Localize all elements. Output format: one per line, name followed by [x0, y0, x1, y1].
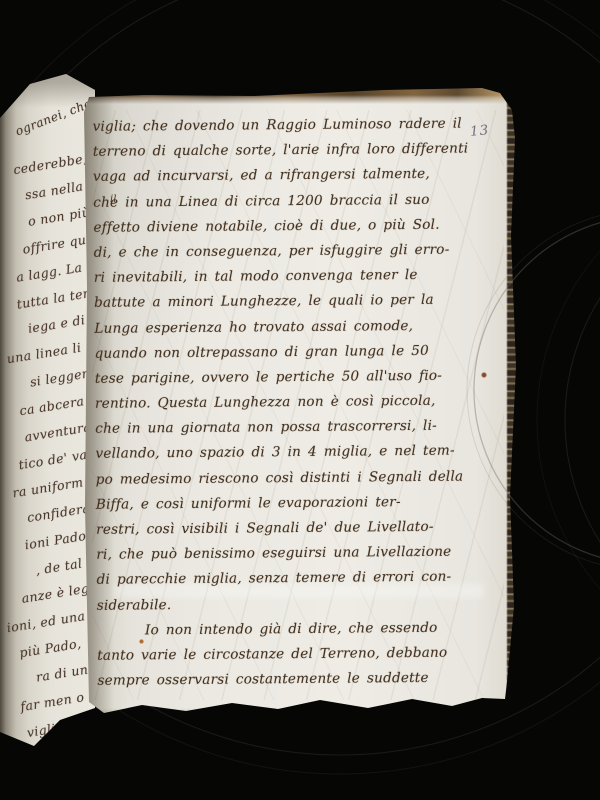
text-line: Io non intendo già di dire, che essendo: [97, 615, 503, 644]
foxing-spot: [481, 372, 487, 378]
text-line: che in una Linea di circa 1200 braccia i…: [93, 187, 499, 216]
edge-fragment: ogranei, che: [0, 96, 94, 158]
text-line: rentino. Questa Lunghezza non è così pic…: [95, 388, 501, 417]
foxing-spot: [139, 639, 144, 644]
text-line: che in una giornata non possa trascorrer…: [95, 413, 501, 442]
text-line: Lunga esperienza ho trovato assai comode…: [94, 313, 500, 342]
text-line: di parecchie miglia, senza temere di err…: [96, 565, 502, 594]
left-page-edge: ogranei, checederebbe,ssa nellao non più…: [0, 68, 95, 760]
book-page: viglia; che dovendo un Raggio Luminoso r…: [84, 86, 518, 720]
text-line: terreno di qualche sorte, l'arie infra l…: [93, 136, 499, 165]
text-line: battute a minori Lunghezze, le quali io …: [94, 288, 500, 317]
edge-fragment: far men o: [0, 688, 92, 724]
text-line: po medesimo riescono così distinti i Seg…: [96, 464, 502, 493]
fore-edge: [507, 102, 518, 710]
text-line: restri, così visibili i Segnali de' due …: [96, 514, 502, 543]
text-line: sempre osservarsi costantemente le sudde…: [97, 665, 503, 694]
text-line: di, e che in conseguenza, per isfuggire …: [94, 237, 500, 266]
page-number: 13: [469, 122, 490, 140]
manuscript-text: viglia; che dovendo un Raggio Luminoso r…: [92, 111, 503, 694]
text-line: tanto varie le circostanze del Terreno, …: [97, 640, 503, 669]
text-line: Biffa, e così uniformi le evaporazioni t…: [96, 489, 502, 518]
text-line: tese parigine, ovvero le pertiche 50 all…: [95, 363, 501, 392]
text-line: siderabile.: [97, 590, 503, 619]
text-line: vaga ad incurvarsi, ed a rifrangersi tal…: [93, 162, 499, 191]
text-line: vellando, uno spazio di 3 in 4 miglia, e…: [95, 439, 501, 468]
edge-fragment: viglia: [0, 715, 92, 751]
text-line: viglia; che dovendo un Raggio Luminoso r…: [92, 111, 498, 140]
insertion-word: il: [110, 194, 116, 205]
text-line: ri inevitabili, in tal modo convenga ten…: [94, 262, 500, 291]
text-line: quando non oltrepassano di gran lunga le…: [94, 338, 500, 367]
text-line: effetto diviene notabile, cioè di due, o…: [93, 212, 499, 241]
text-line: ri, che può benissimo eseguirsi una Live…: [96, 539, 502, 568]
manuscript-photo: { "page": { "number": "13", "insertion":…: [0, 0, 600, 800]
